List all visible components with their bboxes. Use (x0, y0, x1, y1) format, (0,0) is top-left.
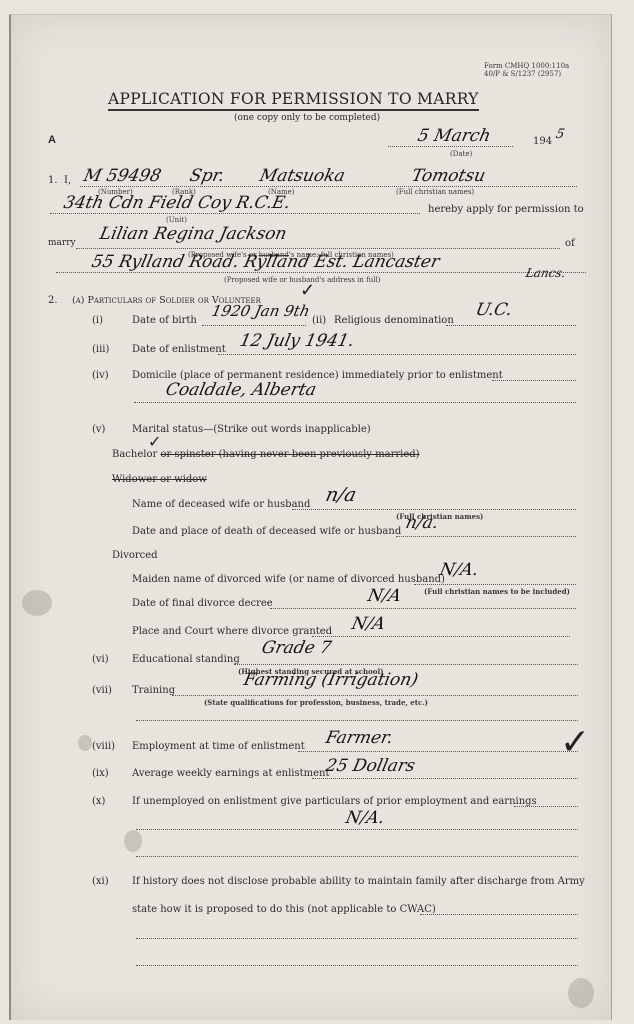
deceased-date-value[interactable]: n/a. (404, 513, 440, 533)
maintenance-line-1 (420, 914, 578, 915)
maintenance-line-3 (136, 965, 578, 966)
stain (22, 590, 52, 616)
training-value[interactable]: Farming (Irrigation) (242, 670, 420, 690)
date-line (388, 146, 513, 147)
item-v-number: (v) (92, 424, 105, 435)
divorce-court-value[interactable]: N/A (350, 614, 387, 634)
date-value[interactable]: 5 March (416, 126, 493, 146)
divorce-decree-value[interactable]: N/A (366, 586, 403, 606)
maiden-name-line (414, 584, 576, 585)
item-i-number: (i) (92, 315, 103, 326)
item-iv-number: (iv) (92, 370, 109, 381)
item-ix-number: (ix) (92, 768, 109, 779)
domicile-line-2 (134, 402, 576, 403)
section-letter: A (48, 134, 56, 146)
birth-date-line (202, 325, 306, 326)
unit-label: (Unit) (166, 216, 187, 224)
item-iii-number: (iii) (92, 344, 109, 355)
maiden-name-label: Maiden name of divorced wife (or name of… (132, 574, 445, 585)
check-mark-icon: ✓ (300, 280, 315, 301)
enlistment-date-line (218, 354, 576, 355)
of-label: of (565, 238, 575, 249)
item-vi-number: (vi) (92, 654, 109, 665)
spinster-struck-label: or spinster (having never been previousl… (160, 449, 419, 460)
address-value-2[interactable]: Lancs. (525, 266, 568, 280)
name-line (80, 186, 577, 187)
prior-employment-label: If unemployed on enlistment give particu… (132, 796, 537, 807)
maiden-name-sublabel: (Full christian names to be included) (424, 587, 570, 596)
religion-label: Religious denomination (334, 315, 454, 326)
marry-label: marry (48, 238, 76, 248)
deceased-name-line (292, 509, 576, 510)
unit-line (50, 213, 420, 214)
part2-number: 2. (48, 295, 58, 306)
earnings-line (312, 778, 578, 779)
birth-date-value[interactable]: 1920 Jan 9th (210, 302, 311, 320)
deceased-name-value[interactable]: n/a (324, 484, 359, 506)
rank-value[interactable]: Spr. (188, 166, 226, 186)
unit-value[interactable]: 34th Cdn Field Coy R.C.E. (62, 193, 292, 213)
employment-line (298, 751, 578, 752)
form-page (9, 14, 612, 1020)
item-xi-number: (xi) (92, 876, 109, 887)
training-sublabel: (State qualifications for profession, bu… (204, 698, 428, 707)
earnings-value[interactable]: 25 Dollars (324, 756, 417, 776)
spouse-line (76, 248, 560, 249)
employment-value[interactable]: Farmer. (324, 728, 395, 748)
maintenance-label-2: state how it is proposed to do this (not… (132, 904, 436, 915)
christian-name-value[interactable]: Tomotsu (410, 166, 487, 186)
training-line-2 (136, 720, 578, 721)
i-label: I, (64, 175, 71, 186)
birth-date-label: Date of birth (132, 315, 197, 326)
part1-number: 1. (48, 175, 58, 186)
enlistment-date-label: Date of enlistment (132, 344, 226, 355)
divorce-court-label: Place and Court where divorce granted (132, 626, 332, 637)
enlistment-date-value[interactable]: 12 July 1941. (238, 331, 356, 351)
religion-line (446, 325, 576, 326)
item-viii-number: (viii) (92, 741, 115, 752)
apply-text: hereby apply for permission to (428, 204, 584, 215)
divorced-label: Divorced (112, 550, 158, 561)
maintenance-line-2 (136, 938, 578, 939)
address-line (56, 272, 586, 273)
education-line (234, 664, 578, 665)
surname-value[interactable]: Matsuoka (258, 166, 347, 186)
address-value[interactable]: 55 Rylland Road. Rylland Est. Lancaster (90, 252, 441, 272)
deceased-date-label: Date and place of death of deceased wife… (132, 526, 401, 537)
widower-struck-label[interactable]: Widower or widow (112, 474, 207, 485)
form-id-line1: Form CMHQ 1000:110a (484, 62, 569, 70)
training-line (172, 695, 578, 696)
item-vii-number: (vii) (92, 685, 112, 696)
marital-status-label: Marital status—(Strike out words inappli… (132, 424, 371, 435)
earnings-label: Average weekly earnings at enlistment (132, 768, 329, 779)
bachelor-option[interactable]: Bachelor or spinster (having never been … (112, 449, 420, 460)
form-id: Form CMHQ 1000:110a 40/P & S/1237 (2957) (484, 62, 569, 78)
divorce-decree-line (270, 608, 576, 609)
stain (568, 978, 594, 1008)
education-value[interactable]: Grade 7 (260, 638, 333, 658)
religion-value[interactable]: U.C. (474, 300, 514, 320)
prior-employment-line-1 (514, 806, 578, 807)
divorce-court-line (312, 636, 570, 637)
item-ii-number: (ii) (312, 315, 326, 326)
spouse-name-value[interactable]: Lilian Regina Jackson (98, 224, 289, 244)
item-x-number: (x) (92, 796, 105, 807)
maiden-name-value[interactable]: N/A. (438, 560, 481, 580)
year-prefix: 194 (533, 136, 552, 147)
domicile-line-1 (492, 380, 576, 381)
divorce-decree-label: Date of final divorce decree (132, 598, 273, 609)
date-label: (Date) (450, 150, 472, 158)
employment-label: Employment at time of enlistment (132, 741, 305, 752)
deceased-date-line (396, 536, 576, 537)
form-subtitle: (one copy only to be completed) (234, 113, 380, 123)
domicile-value[interactable]: Coaldale, Alberta (164, 380, 318, 400)
training-label: Training (132, 685, 175, 696)
form-title: APPLICATION FOR PERMISSION TO MARRY (108, 90, 479, 111)
stain (78, 735, 92, 751)
deceased-name-label: Name of deceased wife or husband (132, 499, 310, 510)
check-mark-icon: ✓ (560, 722, 590, 763)
stain (124, 830, 142, 852)
maintenance-label-1: If history does not disclose probable ab… (132, 876, 585, 887)
prior-employment-value[interactable]: N/A. (344, 808, 387, 828)
bachelor-label: Bachelor (112, 449, 157, 460)
form-id-line2: 40/P & S/1237 (2957) (484, 70, 569, 78)
christian-names-label: (Full christian names) (396, 188, 474, 196)
service-number-value[interactable]: M 59498 (82, 166, 163, 186)
prior-employment-line-3 (136, 856, 578, 857)
prior-employment-line-2 (136, 829, 578, 830)
education-label: Educational standing (132, 654, 240, 665)
